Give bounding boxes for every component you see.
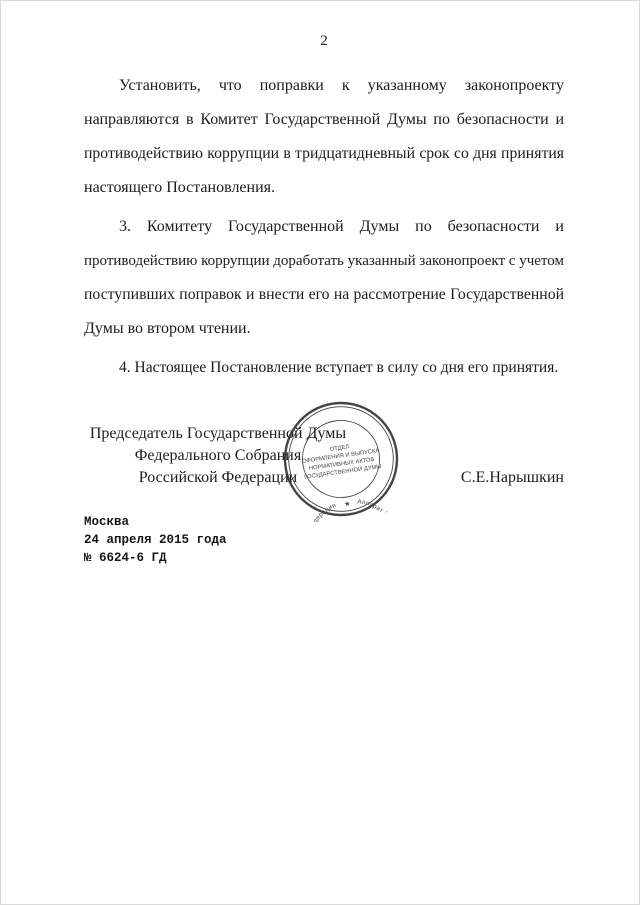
page-number: 2 xyxy=(84,31,564,51)
stamp-center-text: ОТДЕЛ ОФОРМЛЕНИЯ И ВЫПУСКА НОРМАТИВНЫХ А… xyxy=(301,440,382,481)
paragraph-line: 4. Настоящее Постановление вступает в си… xyxy=(84,351,564,385)
paragraph-line: Установить, что поправки к указанному за… xyxy=(84,69,564,103)
stamp-seal-icon: Аппарат Государственной Думы Федеральног… xyxy=(274,392,407,525)
paragraph-line: противодействию коррупции доработать ука… xyxy=(84,244,564,278)
paragraph-line: Думы во втором чтении. xyxy=(84,312,564,346)
paragraph-line: поступивших поправок и внести его на рас… xyxy=(84,278,564,312)
signer-name: С.Е.Нарышкин xyxy=(461,467,564,489)
paragraph-line: настоящего Постановления. xyxy=(84,171,564,205)
document-number: № 6624-6 ГД xyxy=(84,549,564,567)
paragraph-line: направляются в Комитет Государственной Д… xyxy=(84,103,564,137)
paragraph-line: противодействию коррупции в тридцатиднев… xyxy=(84,137,564,171)
stamp-star-icon: ★ xyxy=(344,500,351,509)
document-date: 24 апреля 2015 года xyxy=(84,531,564,549)
paragraph-line: 3. Комитету Государственной Думы по безо… xyxy=(84,210,564,244)
official-round-stamp: Аппарат Государственной Думы Федеральног… xyxy=(274,392,407,525)
paragraph: 3. Комитету Государственной Думы по безо… xyxy=(84,210,564,346)
document-page: 2 Установить, что поправки к указанному … xyxy=(0,0,640,905)
paragraph: 4. Настоящее Постановление вступает в си… xyxy=(84,351,564,385)
paragraph: Установить, что поправки к указанному за… xyxy=(84,69,564,205)
place-date-block: Москва 24 апреля 2015 года № 6624-6 ГД xyxy=(84,513,564,567)
